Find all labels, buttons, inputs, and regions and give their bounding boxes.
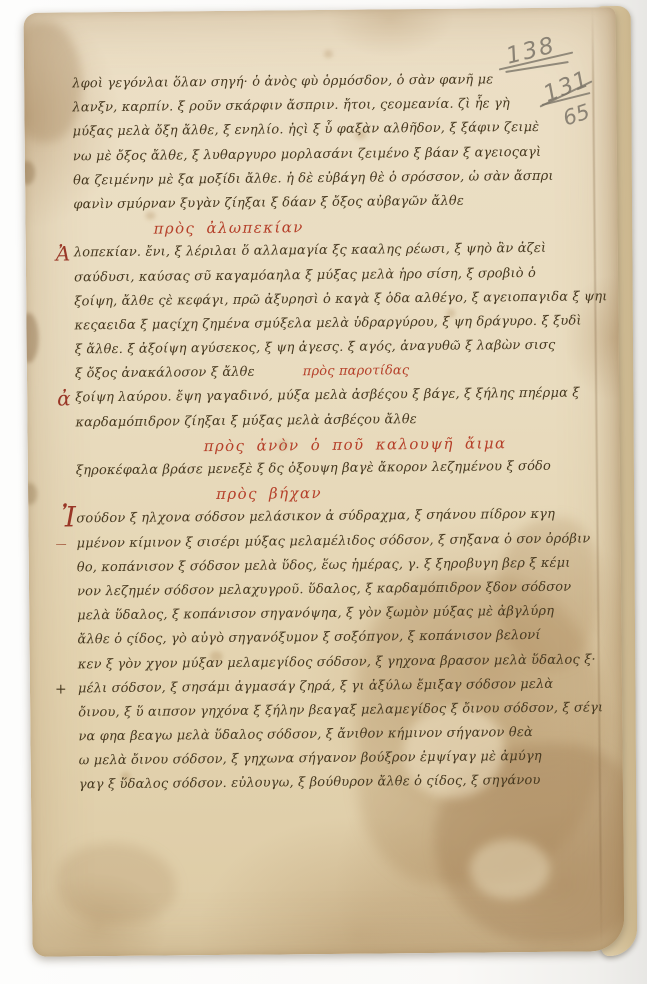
marginal-mark: — [55,532,66,556]
rubric-text: πρὸς ἀνὸν ὁ ποῦ καλουψῆ ἄιμα [204,434,507,455]
ink-text: κεςαειδα ξ μαςίχη ζημένα σμύξελα μελὰ ὑδ… [74,313,581,333]
ink-text: καρδαμόπιδρον ζίηξαι ξ μύξας μελὰ ἀσβέςο… [75,412,417,430]
ink-text: ξ ὄξος ἀνακάλοσον ξ ἄλθε [75,365,255,382]
foxing-spot [324,50,333,58]
ink-text: σούδον ξ ηλχονα σόδσον μελάσικον ἀ σύδρα… [76,507,555,527]
ink-text: ὄινου, ξ ὕ αιπσον γηχόνα ξ ξήλην βεαγαξ … [78,700,603,720]
rubric-text: πρὸς ἀλωπεκίαν [153,218,303,237]
stain-light-patch [470,839,551,900]
manuscript-line: γαγ ξ ὕδαλος σόδσον. εὐλουγω, ξ βούθυρον… [79,769,563,798]
rubric-text: πρὸς παροτίδας [303,363,410,379]
ink-text: ξηροκέφαλα βράσε μενεξὲ ξ δς ὀξουψη βαγὲ… [76,459,551,479]
rubric-initial: Ἀ [56,242,71,266]
ink-text: ω μελὰ ὄινου σόδσον, ξ γηχωνα σήγανον βο… [79,749,542,768]
ink-text: ξοίψη, ἄλθε ςὲ κεφάγι, πρῶ ἀξυρησὶ ὁ καγ… [74,289,607,309]
ink-text: ἄλθε ὁ ςίδος, γὸ αὐγὸ σηγανόξυμον ξ σοξό… [77,628,540,647]
ink-text: λοπεκίαν. ἔνι, ξ λέριλαι ὅ αλλαμαγία ξς … [74,241,547,261]
ink-text: νω μὲ ὄξος ἄλθε, ξ λυθαργυρο μορλασάνι ζ… [73,144,542,163]
ink-text: μμένον κίμινον ξ σισέρι μύξας μελαμέλιδο… [77,531,591,551]
scanned-manuscript-page: λφοὶ γεγόνλαι ὅλαν σηγή· ὁ ἀνὸς φὺ ὁρμόσ… [0,0,647,984]
ink-text: μελὰ ὕδαλος, ξ κοπάνισον σηγανόψηα, ξ γὸ… [77,604,554,624]
ink-text: φανὶν σμύρναν ξυγὰν ζίηξαι ξ δάαν ξ ὄξος… [73,194,464,213]
ink-text: γαγ ξ ὕδαλος σόδσον. εὐλουγω, ξ βούθυρον… [79,773,541,792]
ink-text: θα ζειμένην μὲ ξα μοξίδι ἄλθε. ἠ δὲ εὐβά… [73,169,554,189]
rubric-initial: Ἰ [61,505,76,531]
rubric-text: πρὸς βήχαν [216,484,322,503]
ink-text: λανξν, καρπίν. ξ ροῦν σκάρφιν ἄσπριν. ἤτ… [72,96,510,115]
ink-text: νον λεζημέν σόδσον μελαχυγροῦ. ὕδαλος, ξ… [77,580,571,600]
rubric-initial: ἀ [57,387,71,411]
text-block: λφοὶ γεγόνλαι ὅλαν σηγή· ὁ ἀνὸς φὺ ὁρμόσ… [72,68,563,798]
ink-text: κεν ξ γὸν χγον μύξαν μελαμεγίδος σόδσον,… [78,652,596,672]
ink-text: να φηα βεαγω μελὰ ὕδαλος σόδσον, ξ ἄνιθο… [78,725,533,744]
water-stain [55,842,176,923]
ink-text: ξοίψη λαύρου. ἔψη γαγαδινό, μύξα μελὰ ἀσ… [75,386,580,406]
ink-text: θο, κοπάνισον ξ σόδσον μελὰ ὕδος, ἕως ἡμ… [77,555,571,575]
edge-tear [23,161,35,185]
ink-text: σαύδυσι, καύσας σῦ καγαμόαηλα ξ μύξας με… [74,265,536,284]
ink-text: μύξας μελὰ ὄξη ἄλθε, ξ ενηλίο. ἠςὶ ξ ὗ φ… [73,120,540,139]
marginal-mark: + [55,677,67,701]
ink-text: λφοὶ γεγόνλαι ὅλαν σηγή· ὁ ἀνὸς φὺ ὁρμόσ… [72,72,493,91]
edge-tear [23,483,37,505]
manuscript-leaf: λφοὶ γεγόνλαι ὅλαν σηγή· ὁ ἀνὸς φὺ ὁρμόσ… [23,7,624,957]
edge-tear [23,313,38,363]
ink-text: μέλι σόδσον, ξ σησάμι ἀγμασάγ ζηρά, ξ γι… [78,676,553,696]
ink-text: ξ ἄλθε. ξ ἀξοίψη αγύσεκος, ξ ψη ἀγεσς. ξ… [75,338,556,358]
